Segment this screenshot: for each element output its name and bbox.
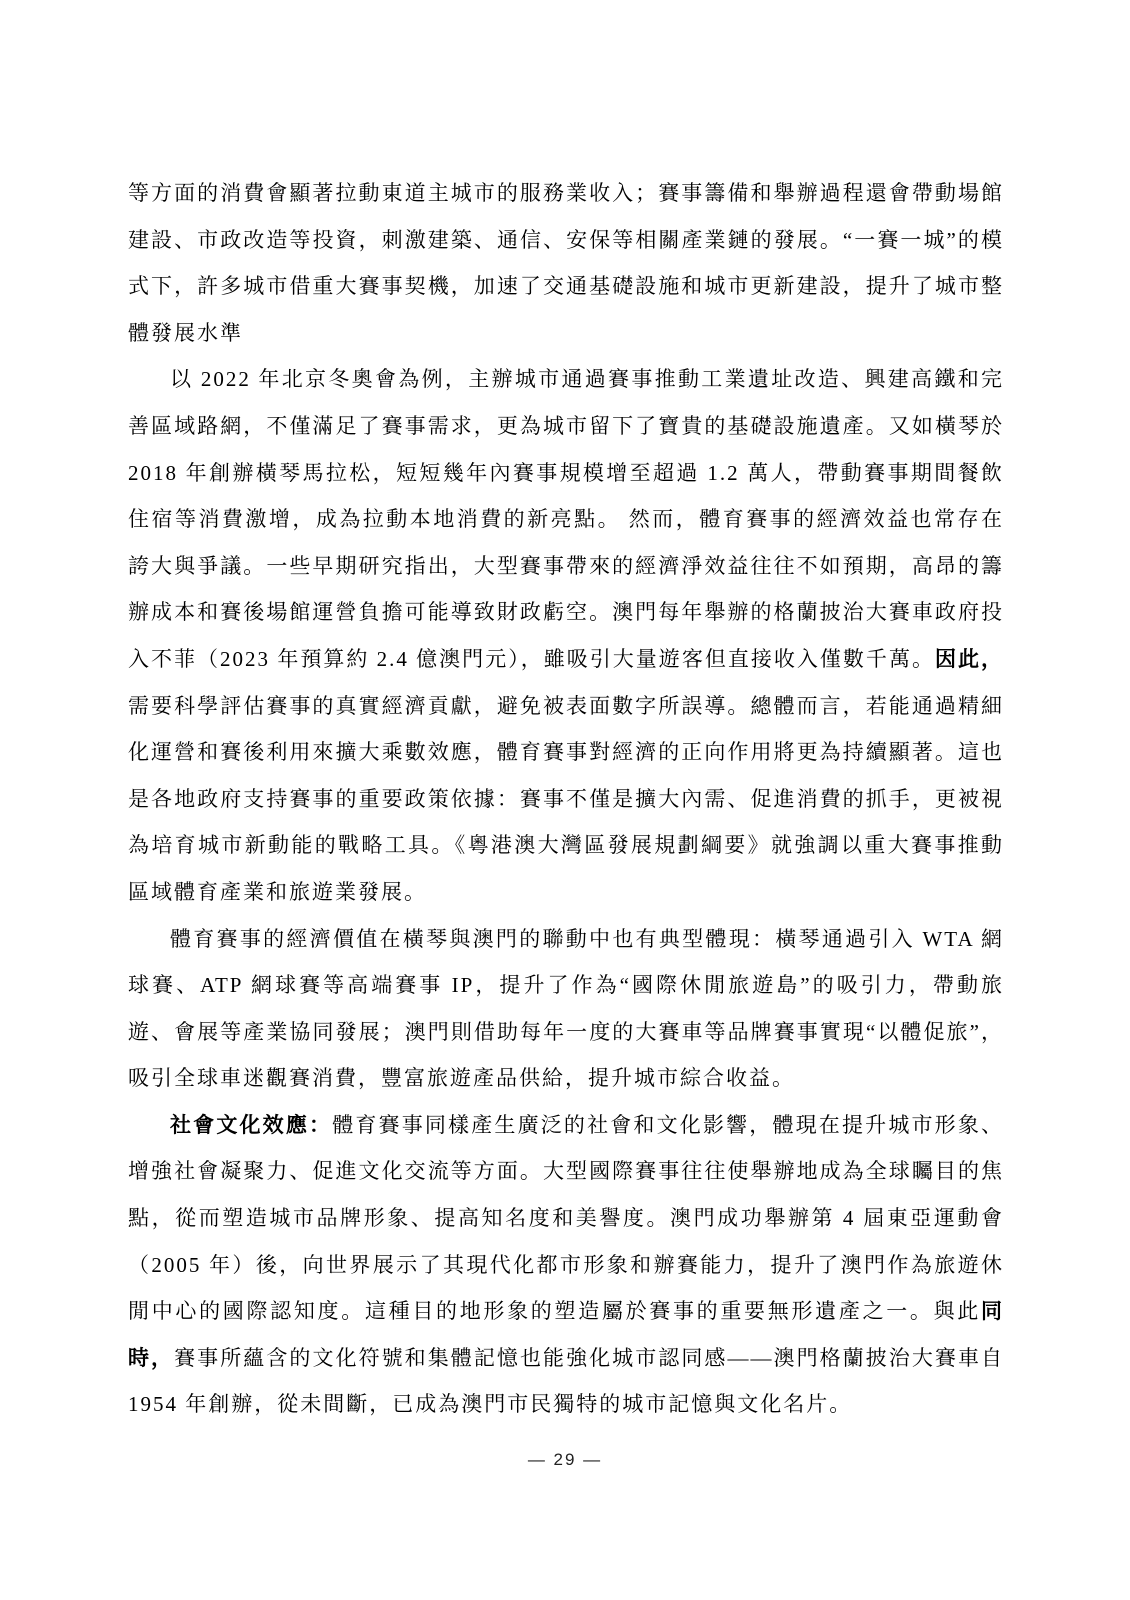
paragraph-social-cultural-effects: 社會文化效應：體育賽事同樣產生廣泛的社會和文化影響，體現在提升城市形象、增強社會… xyxy=(128,1102,1004,1428)
paragraph-heading-bold: 社會文化效應： xyxy=(170,1113,332,1137)
page-number: — 29 — xyxy=(0,1450,1130,1470)
paragraph-text: 體育賽事的經濟價值在橫琴與澳門的聯動中也有典型體現：橫琴通過引入 WTA 網球賽… xyxy=(128,927,1004,1091)
document-body: 等方面的消費會顯著拉動東道主城市的服務業收入；賽事籌備和舉辦過程還會帶動場館建設… xyxy=(128,170,1004,1428)
paragraph-beijing-olympics-example: 以 2022 年北京冬奧會為例，主辦城市通過賽事推動工業遺址改造、興建高鐵和完善… xyxy=(128,356,1004,915)
paragraph-hengqin-macau-linkage: 體育賽事的經濟價值在橫琴與澳門的聯動中也有典型體現：橫琴通過引入 WTA 網球賽… xyxy=(128,916,1004,1102)
paragraph-text: 體育賽事同樣產生廣泛的社會和文化影響，體現在提升城市形象、增強社會凝聚力、促進文… xyxy=(128,1113,1004,1323)
paragraph-text: 等方面的消費會顯著拉動東道主城市的服務業收入；賽事籌備和舉辦過程還會帶動場館建設… xyxy=(128,181,1004,345)
document-page: 等方面的消費會顯著拉動東道主城市的服務業收入；賽事籌備和舉辦過程還會帶動場館建設… xyxy=(0,0,1130,1600)
paragraph-text-bold: 因此， xyxy=(935,647,1004,671)
paragraph-text: 以 2022 年北京冬奧會為例，主辦城市通過賽事推動工業遺址改造、興建高鐵和完善… xyxy=(128,367,1004,671)
paragraph-text: 賽事所蘊含的文化符號和集體記憶也能強化城市認同感——澳門格蘭披治大賽車自 195… xyxy=(128,1346,1004,1417)
paragraph-economic-continuation: 等方面的消費會顯著拉動東道主城市的服務業收入；賽事籌備和舉辦過程還會帶動場館建設… xyxy=(128,170,1004,356)
paragraph-text: 需要科學評估賽事的真實經濟貢獻，避免被表面數字所誤導。總體而言，若能通過精細化運… xyxy=(128,694,1004,904)
